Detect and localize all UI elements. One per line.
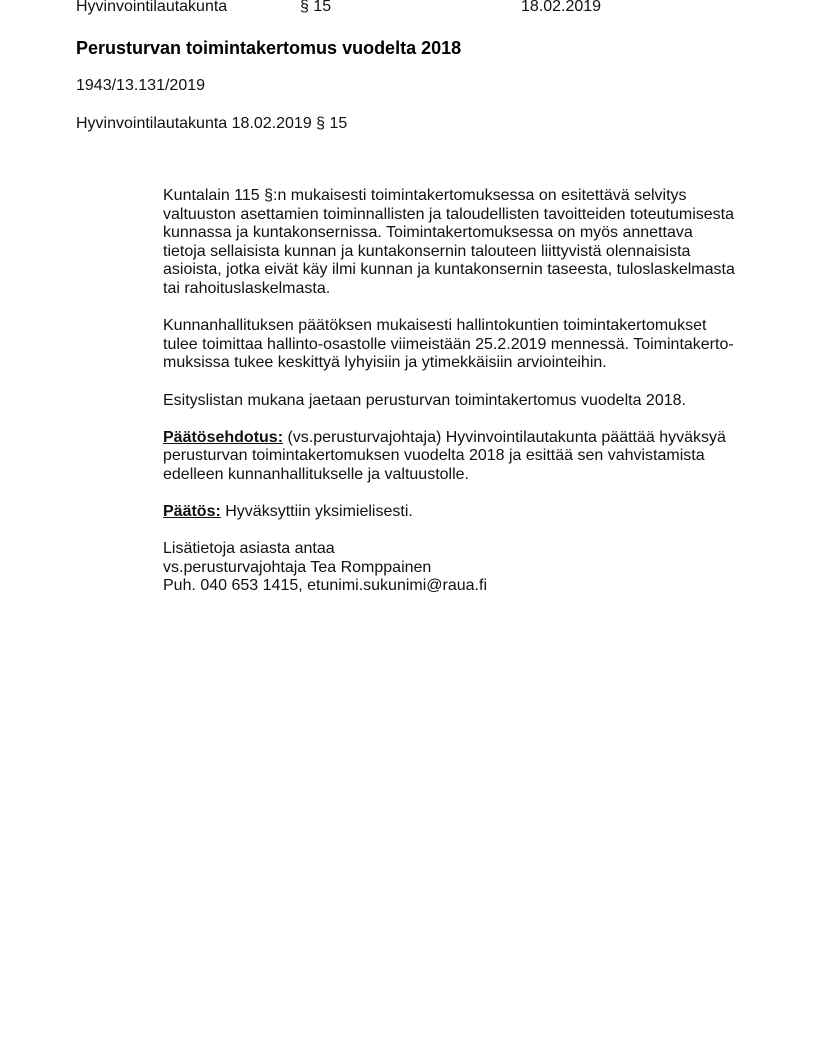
proposal-label: Päätösehdotus: <box>163 429 283 446</box>
header-date: 18.02.2019 <box>521 0 601 17</box>
document-body: Kuntalain 115 §:n mukaisesti toimintaker… <box>163 187 763 615</box>
document-title: Perusturvan toimintakertomus vuodelta 20… <box>76 37 461 59</box>
header-section: § 15 <box>300 0 331 17</box>
decision-paragraph: Päätös: Hyväksyttiin yksimielisesti. <box>163 503 763 522</box>
decision-text: Hyväksyttiin yksimielisesti. <box>221 503 413 520</box>
header-organ: Hyvinvointilautakunta <box>76 0 227 17</box>
decision-label: Päätös: <box>163 503 221 520</box>
paragraph-deadline: Kunnanhallituksen päätöksen mukaisesti h… <box>163 317 763 373</box>
paragraph-legal-basis: Kuntalain 115 §:n mukaisesti toimintaker… <box>163 187 763 299</box>
proposal-paragraph: Päätösehdotus: (vs.perusturvajohtaja) Hy… <box>163 429 763 485</box>
contact-info: Lisätietoja asiasta antaa vs.perusturvaj… <box>163 540 763 596</box>
record-id: 1943/13.131/2019 <box>76 76 205 96</box>
paragraph-attachment: Esityslistan mukana jaetaan perusturvan … <box>163 392 763 411</box>
meeting-reference: Hyvinvointilautakunta 18.02.2019 § 15 <box>76 114 347 134</box>
